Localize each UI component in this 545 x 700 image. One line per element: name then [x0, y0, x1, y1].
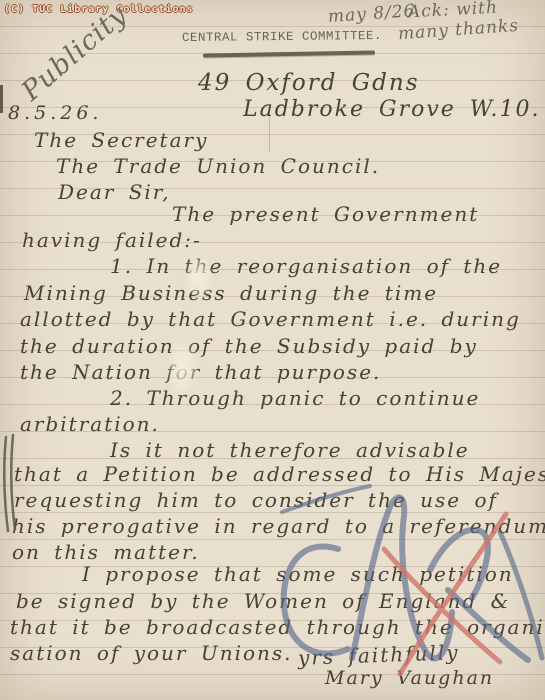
- paper-crease: [269, 112, 270, 152]
- recipient-line-1: The Secretary: [34, 130, 208, 150]
- address-line-2: Ladbroke Grove W.10.: [243, 99, 541, 121]
- body-line: on this matter.: [12, 542, 200, 562]
- paper-smudge: [168, 342, 198, 394]
- salutation: Dear Sir,: [58, 182, 171, 202]
- closing: yrs faithfully: [298, 642, 460, 668]
- letter-date: 8.5.26.: [8, 104, 102, 123]
- body-line: the duration of the Subsidy paid by: [20, 336, 478, 356]
- body-line: 2. Through panic to continue: [110, 388, 480, 408]
- body-line: that it be broadcasted through the organ…: [10, 617, 545, 637]
- signature: Mary Vaughan: [325, 669, 494, 688]
- body-line: 1. In the reorganisation of the: [110, 256, 502, 276]
- body-line: Is it not therefore advisable: [110, 440, 470, 460]
- body-line: sation of your Unions.: [10, 643, 293, 663]
- address-line-1: 49 Oxford Gdns: [198, 72, 420, 95]
- publicity-annotation: Publicity: [17, 1, 132, 106]
- body-line: The present Government: [172, 204, 479, 224]
- body-line: the Nation for that purpose.: [20, 362, 381, 382]
- central-strike-committee-stamp: CENTRAL STRIKE COMMITTEE.: [182, 29, 382, 45]
- body-line: Mining Business during the time: [24, 283, 438, 303]
- body-line: having failed:-: [22, 230, 202, 250]
- scanned-letter-page: (C) TUC Library Collections Publicity ma…: [0, 0, 545, 700]
- paper-smudge: [186, 258, 212, 296]
- body-line: that a Petition be addressed to His Maje…: [14, 464, 545, 484]
- recipient-line-2: The Trade Union Council.: [56, 156, 380, 176]
- body-line: arbitration.: [20, 414, 160, 434]
- received-date-annotation: may 8/26: [328, 3, 416, 26]
- body-line: I propose that some such petition: [82, 564, 514, 584]
- body-line: requesting him to consider the use of: [14, 490, 498, 510]
- body-line: his prerogative in regard to a referendu…: [12, 516, 545, 536]
- scan-edge-artifact: [0, 85, 3, 113]
- body-line: allotted by that Government i.e. during: [20, 309, 521, 329]
- stamp-underline: [203, 50, 375, 57]
- body-line: be signed by the Women of England &: [16, 591, 510, 611]
